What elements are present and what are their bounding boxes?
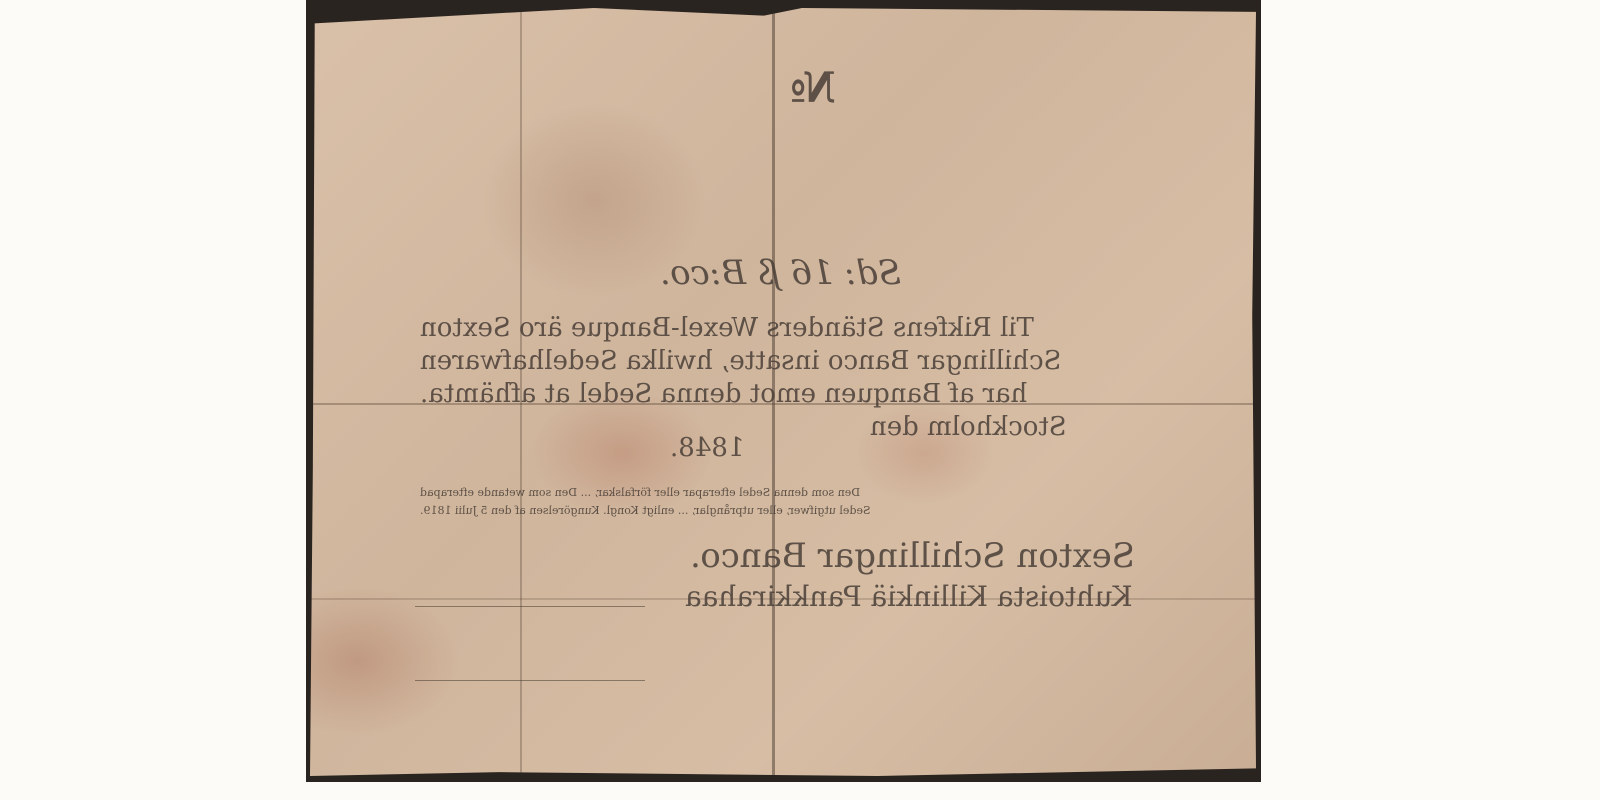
amount-text: Sexton Schillingar Banco. [690,536,1135,576]
fine-print: Sedel utgifwer, eller utprånglar, ... en… [420,504,871,517]
text-line: har af Banquen emot denna Sedel at afhäm… [420,379,1027,409]
year: 1848. [670,433,744,463]
banknote-paper: № Sd: 16 ß B:co. Til Rikfens Ständers We… [310,8,1256,776]
text-line: Schillingar Banco insatte, hwilka Sedelh… [420,346,1061,376]
number-mark: № [790,63,836,112]
banknote-photo: № Sd: 16 ß B:co. Til Rikfens Ständers We… [306,0,1261,782]
signature-line [415,606,645,607]
text-line: Stockholm den [870,412,1067,442]
signature-line [415,680,645,681]
denomination: Sd: 16 ß B:co. [660,253,901,293]
fine-print: Den som denna Sedel efterapar eller förf… [420,486,860,499]
amount-text: Kuhtoista Killinkiä Pankkirahaa [685,580,1133,613]
text-line: Til Rikfens Ständers Wexel-Banque äro Se… [420,313,1034,343]
